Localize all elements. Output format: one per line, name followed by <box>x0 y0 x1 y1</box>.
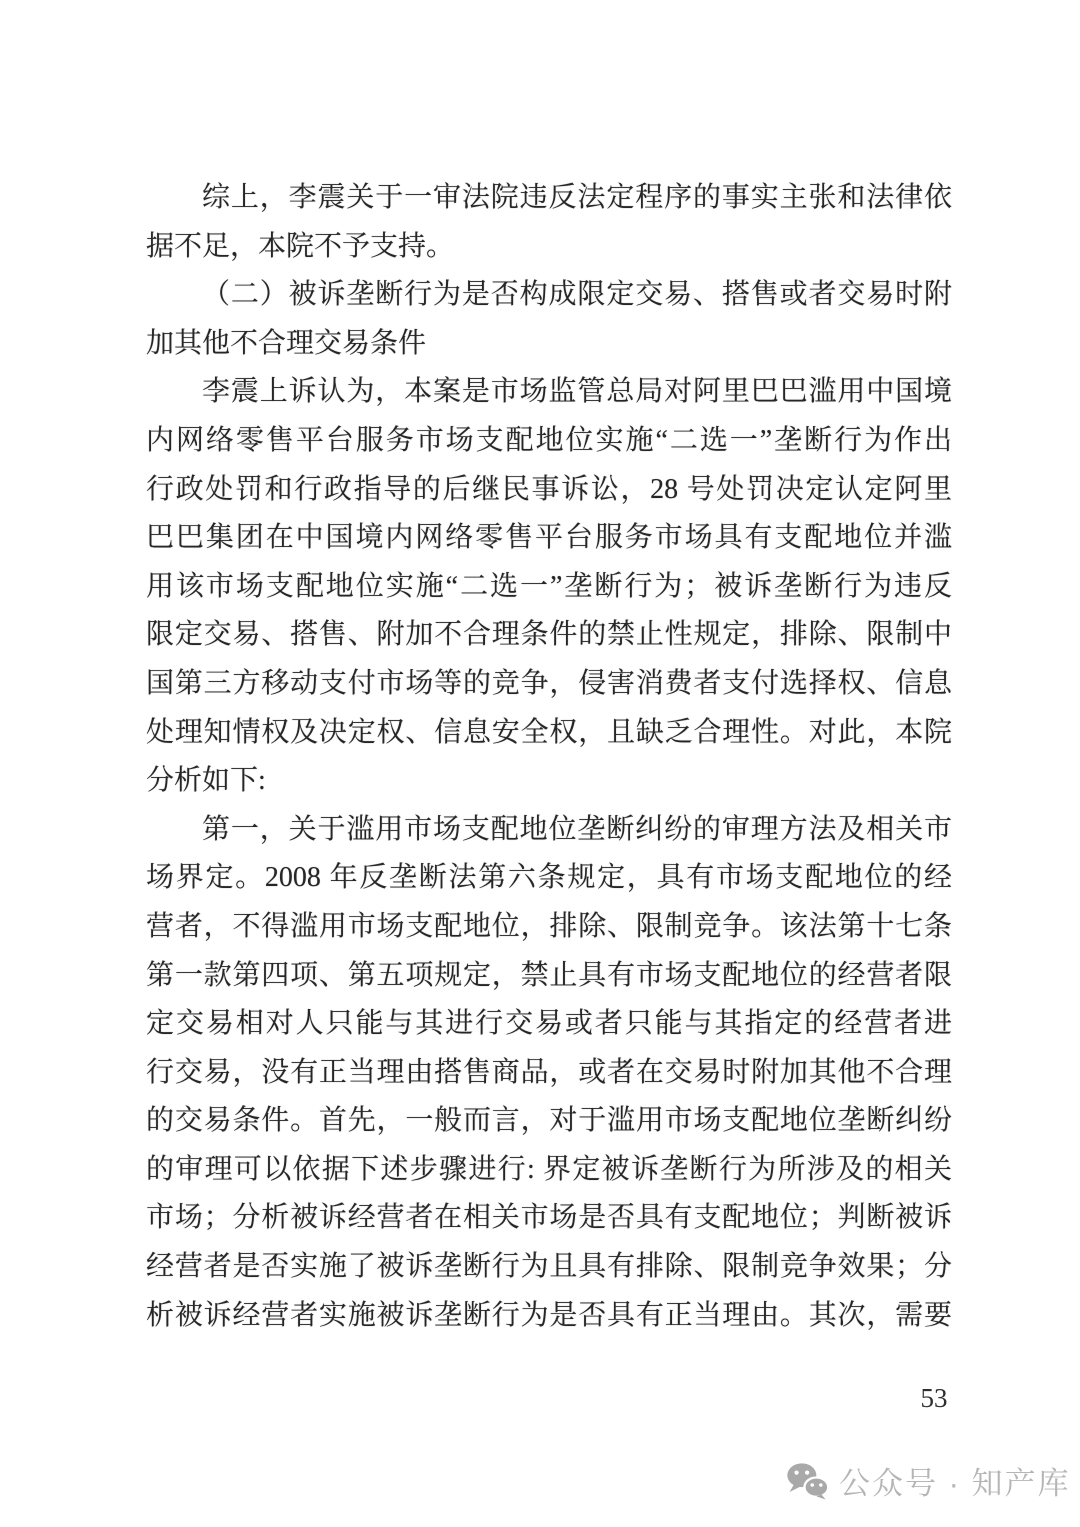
text-line: 场界定。2008 年反垄断法第六条规定，具有市场支配地位的经 <box>146 854 952 903</box>
document-page: 综上，李震关于一审法院违反法定程序的事实主张和法律依据不足，本院不予支持。（二）… <box>0 0 1080 1527</box>
text-line: 行交易，没有正当理由搭售商品，或者在交易时附加其他不合理 <box>146 1049 952 1098</box>
text-line: 据不足，本院不予支持。 <box>146 223 952 272</box>
text-line: 定交易相对人只能与其进行交易或者只能与其指定的经营者进 <box>146 1000 952 1049</box>
text-line: 综上，李震关于一审法院违反法定程序的事实主张和法律依 <box>146 174 952 223</box>
text-line: 行政处罚和行政指导的后继民事诉讼，28 号处罚决定认定阿里 <box>146 466 952 515</box>
text-line: 经营者是否实施了被诉垄断行为且具有排除、限制竞争效果；分 <box>146 1243 952 1292</box>
page-number: 53 <box>906 1383 962 1414</box>
judgment-body: 综上，李震关于一审法院违反法定程序的事实主张和法律依据不足，本院不予支持。（二）… <box>146 174 952 1340</box>
wechat-icon <box>786 1462 830 1500</box>
text-line: 的交易条件。首先，一般而言，对于滥用市场支配地位垄断纠纷 <box>146 1097 952 1146</box>
text-line: 限定交易、搭售、附加不合理条件的禁止性规定，排除、限制中 <box>146 611 952 660</box>
text-line: 内网络零售平台服务市场支配地位实施“二选一”垄断行为作出 <box>146 417 952 466</box>
watermark: 公众号 · 知产库 <box>786 1458 1071 1503</box>
text-line: 的审理可以依据下述步骤进行: 界定被诉垄断行为所涉及的相关 <box>146 1146 952 1195</box>
text-line: 营者，不得滥用市场支配地位，排除、限制竞争。该法第十七条 <box>146 903 952 952</box>
text-line: 巴巴集团在中国境内网络零售平台服务市场具有支配地位并滥 <box>146 514 952 563</box>
text-line: 第一款第四项、第五项规定，禁止具有市场支配地位的经营者限 <box>146 952 952 1001</box>
text-line: 处理知情权及决定权、信息安全权，且缺乏合理性。对此，本院 <box>146 709 952 758</box>
text-line: 加其他不合理交易条件 <box>146 320 952 369</box>
text-line: 市场；分析被诉经营者在相关市场是否具有支配地位；判断被诉 <box>146 1194 952 1243</box>
text-line: 用该市场支配地位实施“二选一”垄断行为；被诉垄断行为违反 <box>146 563 952 612</box>
text-line: 第一，关于滥用市场支配地位垄断纠纷的审理方法及相关市 <box>146 806 952 855</box>
text-line: 分析如下: <box>146 757 952 806</box>
text-line: 李震上诉认为，本案是市场监管总局对阿里巴巴滥用中国境 <box>146 368 952 417</box>
text-line: （二）被诉垄断行为是否构成限定交易、搭售或者交易时附 <box>146 271 952 320</box>
text-line: 国第三方移动支付市场等的竞争，侵害消费者支付选择权、信息 <box>146 660 952 709</box>
text-line: 析被诉经营者实施被诉垄断行为是否具有正当理由。其次，需要 <box>146 1292 952 1341</box>
watermark-label: 公众号 · 知产库 <box>839 1458 1071 1503</box>
